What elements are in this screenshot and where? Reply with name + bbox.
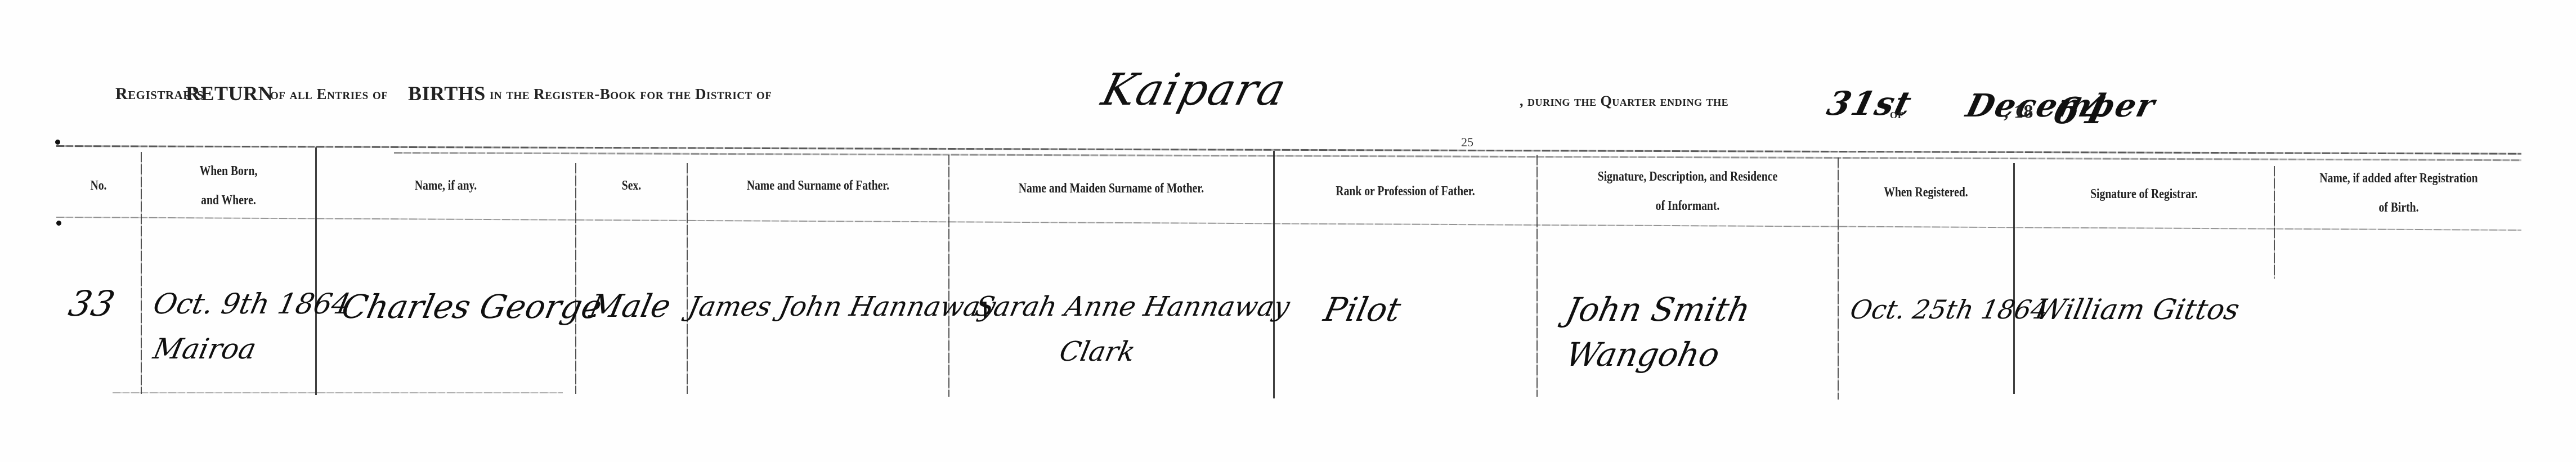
cell-no: 33	[65, 281, 109, 326]
col-header-sex: Sex.	[586, 158, 677, 214]
cell-sex: Male	[585, 284, 665, 329]
margin-dot	[55, 140, 60, 145]
cell-father: James John Hannaway	[684, 284, 991, 329]
col-divider	[1838, 158, 1839, 400]
col-header-name-added: Name, if added after Registration of Bir…	[2297, 160, 2501, 225]
col-divider	[687, 163, 688, 394]
cell-registrar: William Gittos	[2032, 287, 2234, 332]
col-header-rank: Rank or Profession of Father.	[1298, 163, 1513, 219]
col-header-no: No.	[64, 155, 133, 217]
col-header-father: Name and Surname of Father.	[711, 158, 925, 214]
title-return: RETURN	[186, 82, 273, 105]
title-register-book: in the Register-Book for the District of	[490, 86, 772, 103]
col-divider	[141, 152, 142, 394]
birth-register-return-page: Registrar's RETURN of all Entries of BIR…	[0, 0, 2576, 462]
cell-when-registered: Oct. 25th 1864	[1846, 287, 2043, 332]
col-header-when-registered: When Registered.	[1854, 164, 1997, 221]
cell-name: Charles George	[338, 284, 597, 329]
year-prefix: , 18	[2004, 101, 2033, 123]
col-header-registrar: Signature of Registrar.	[2037, 166, 2250, 222]
col-divider	[1536, 155, 1538, 397]
cell-mother: Sarah Anne Hannaway Clark	[971, 284, 1284, 374]
cell-informant: John Smith Wangoho	[1562, 287, 1745, 377]
cell-when-born: Oct. 9th 1864 Mairoa	[149, 281, 345, 371]
title-of: of	[1890, 107, 1904, 122]
district-value: Kaipara	[1097, 65, 1292, 115]
title-of-all-entries: of all Entries of	[270, 86, 388, 103]
col-header-name: Name, if any.	[339, 158, 552, 214]
col-divider	[2274, 166, 2275, 279]
title-births: BIRTHS	[408, 82, 486, 105]
col-header-informant: Signature, Description, and Residence of…	[1565, 160, 1811, 222]
col-divider	[575, 163, 576, 394]
cell-rank: Pilot	[1320, 287, 1395, 332]
title-during-quarter: , during the Quarter ending the	[1520, 93, 1728, 110]
year-value: 64	[2049, 90, 2112, 132]
margin-dot	[56, 221, 61, 226]
col-header-mother: Name and Maiden Surname of Mother.	[979, 160, 1244, 217]
col-divider	[948, 155, 949, 397]
col-divider	[2013, 163, 2015, 394]
row-bottom-rule	[113, 392, 563, 393]
page-marker: 25	[1461, 135, 1473, 150]
col-header-when-born: When Born, and Where.	[158, 155, 300, 217]
